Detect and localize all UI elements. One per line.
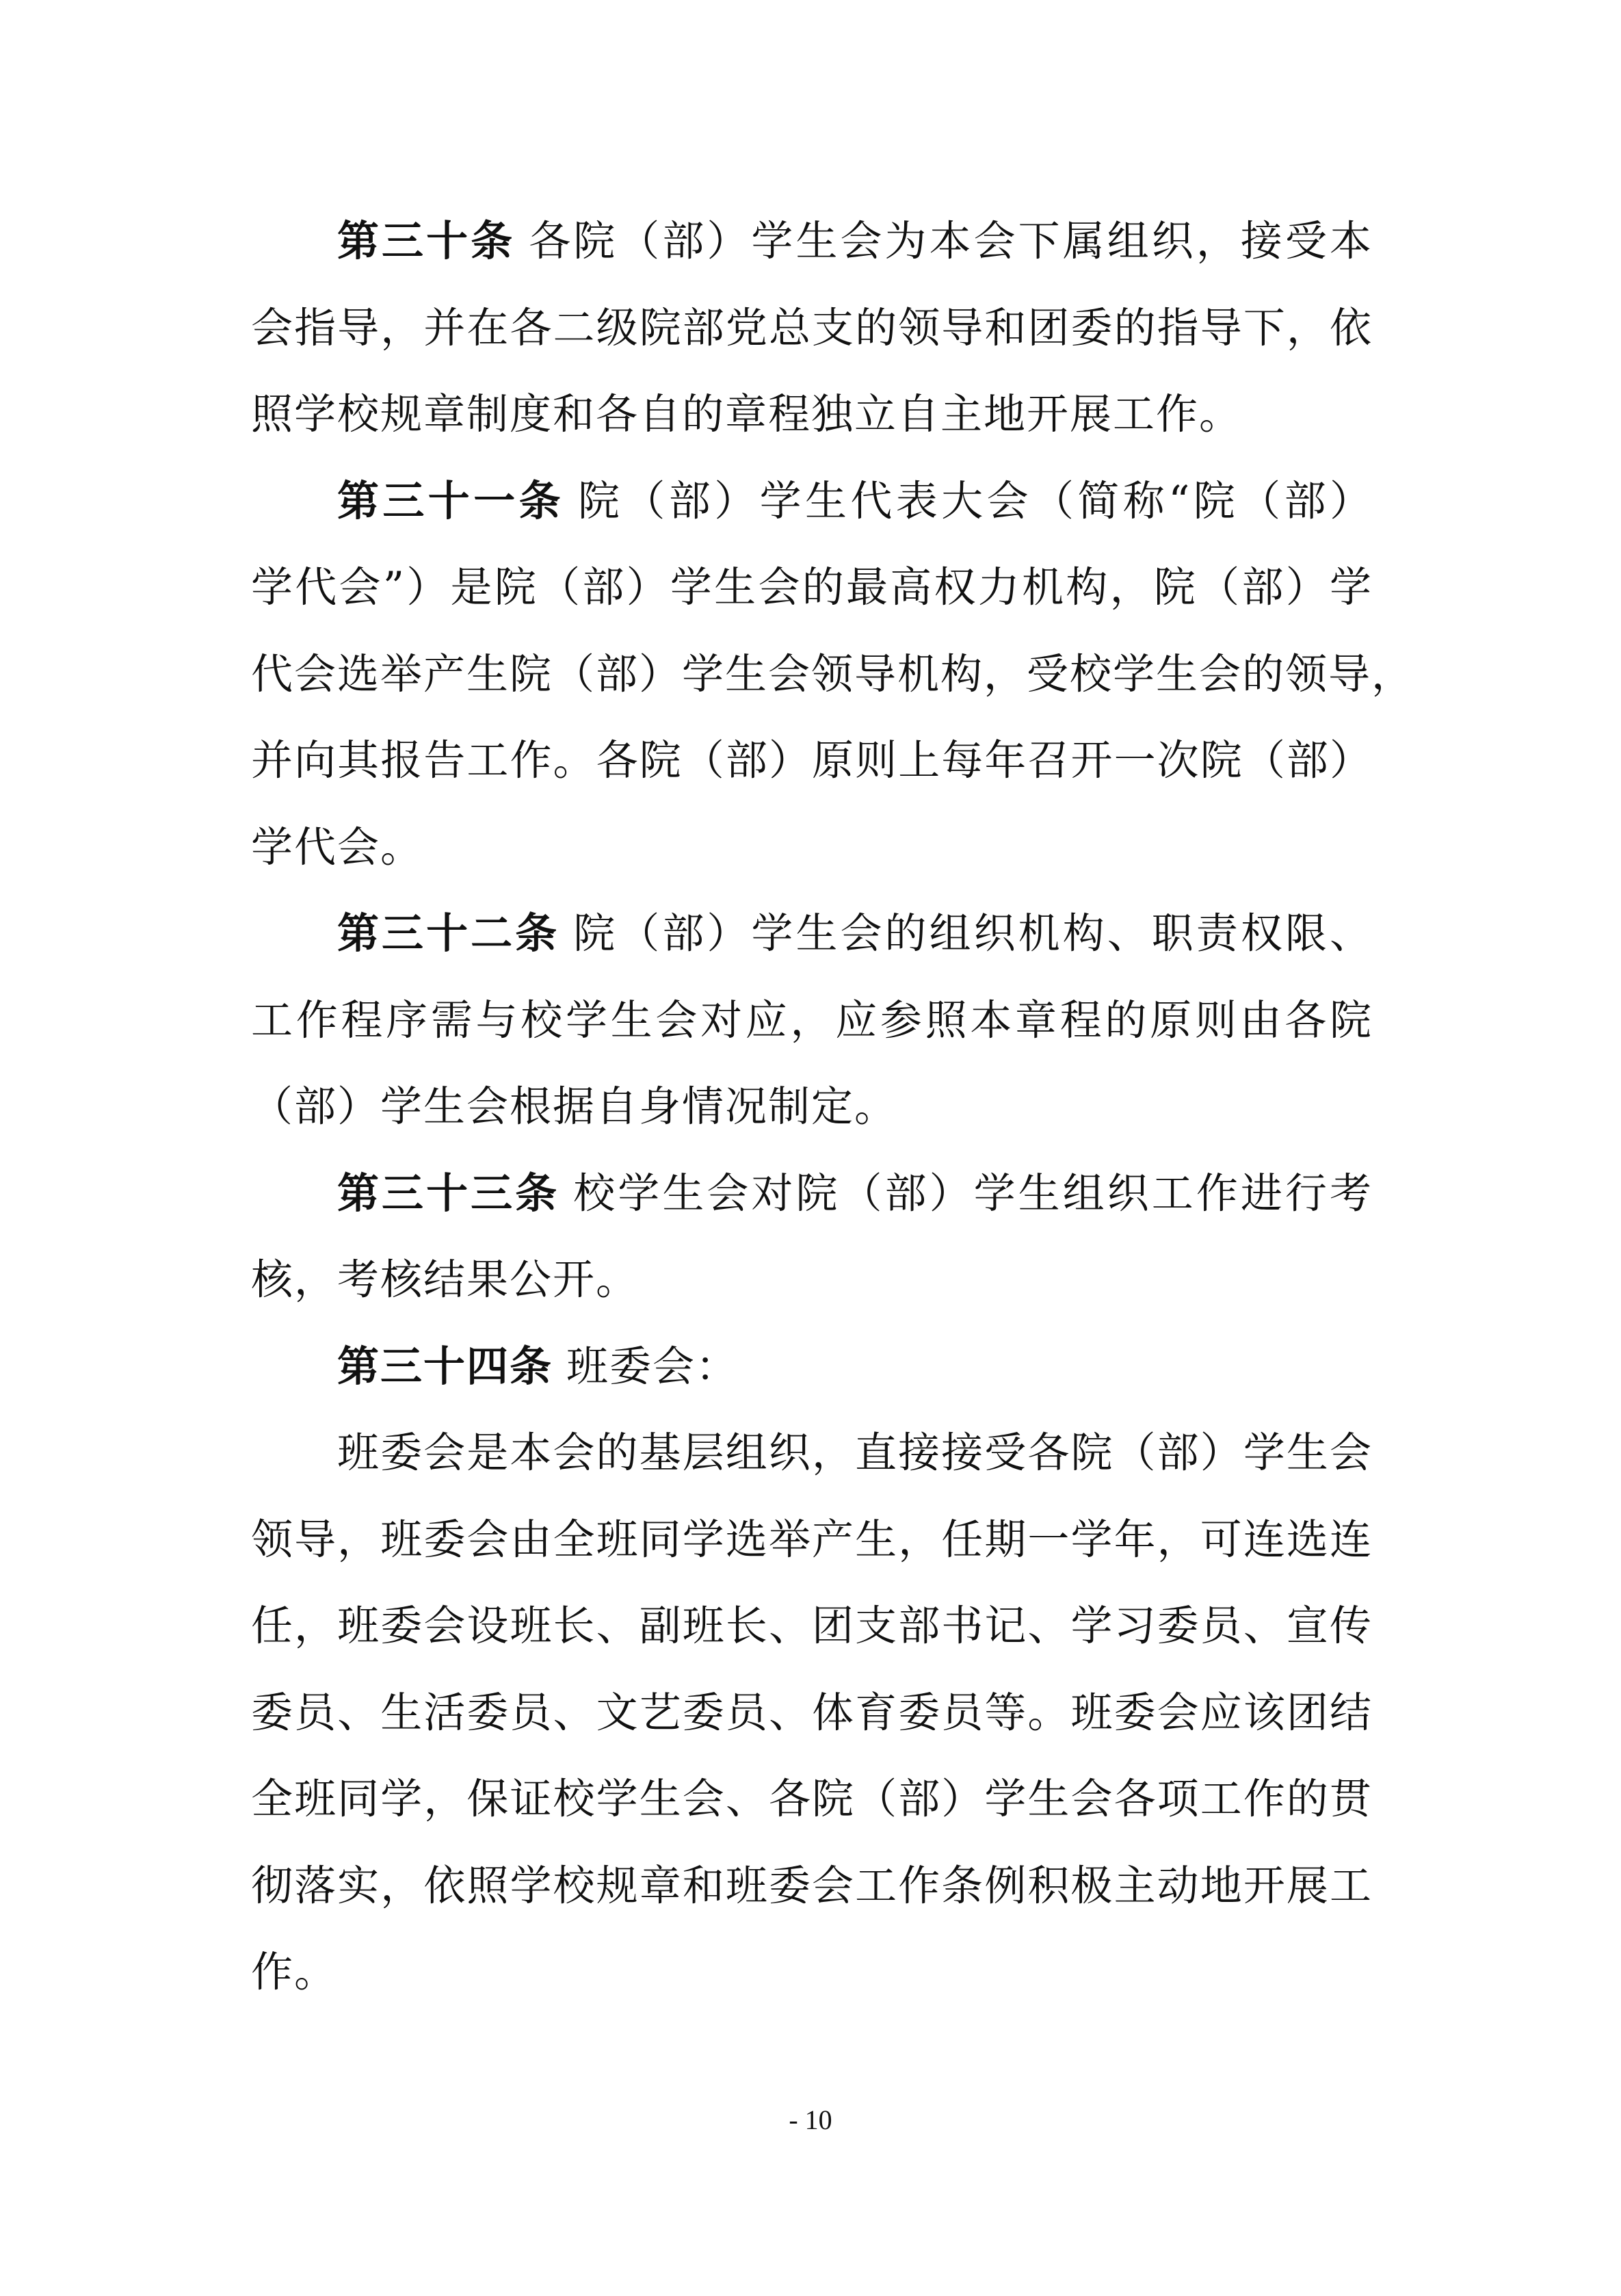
article-34-label: 第三十四条 <box>337 1342 553 1391</box>
article-31-line-1: 第三十一条院（部）学生代表大会（简称“院（部） <box>251 458 1373 545</box>
article-32-line-1: 第三十二条院（部）学生会的组织机构、职责权限、 <box>251 891 1373 978</box>
article-31-line-3: 代会选举产生院（部）学生会领导机构，受校学生会的领导， <box>251 631 1373 718</box>
article-32-label: 第三十二条 <box>337 909 559 958</box>
article-32-line-2: 工作程序需与校学生会对应，应参照本章程的原则由各院 <box>251 978 1373 1065</box>
article-33-line-2: 核，考核结果公开。 <box>251 1237 1373 1324</box>
article-32-line-3: （部）学生会根据自身情况制定。 <box>251 1064 1373 1151</box>
article-31-line-4: 并向其报告工作。各院（部）原则上每年召开一次院（部） <box>251 718 1373 805</box>
page-number: - 10 <box>0 2104 1621 2136</box>
document-body: 第三十条各院（部）学生会为本会下属组织，接受本 会指导，并在各二级院部党总支的领… <box>251 198 1373 2016</box>
article-34-line-1: 第三十四条班委会： <box>251 1324 1373 1411</box>
article-31-text: 院（部）学生代表大会（简称“院（部） <box>578 477 1373 525</box>
article-31-line-2: 学代会”）是院（部）学生会的最高权力机构，院（部）学 <box>251 545 1373 631</box>
article-30-line-2: 会指导，并在各二级院部党总支的领导和团委的指导下，依 <box>251 285 1373 372</box>
article-30-line-1: 第三十条各院（部）学生会为本会下属组织，接受本 <box>251 198 1373 285</box>
paragraph-34-line-7: 作。 <box>251 1929 1373 2016</box>
paragraph-34-line-4: 委员、生活委员、文艺委员、体育委员等。班委会应该团结 <box>251 1670 1373 1757</box>
article-30-text: 各院（部）学生会为本会下属组织，接受本 <box>529 217 1373 265</box>
article-31-line-5: 学代会。 <box>251 805 1373 891</box>
article-31-label: 第三十一条 <box>337 477 564 525</box>
article-33-text: 校学生会对院（部）学生组织工作进行考 <box>573 1169 1373 1218</box>
article-33-line-1: 第三十三条校学生会对院（部）学生组织工作进行考 <box>251 1151 1373 1238</box>
paragraph-34-line-5: 全班同学，保证校学生会、各院（部）学生会各项工作的贯 <box>251 1756 1373 1843</box>
paragraph-34-line-2: 领导，班委会由全班同学选举产生，任期一学年，可连选连 <box>251 1497 1373 1584</box>
article-30-label: 第三十条 <box>337 217 515 265</box>
paragraph-34-line-1: 班委会是本会的基层组织，直接接受各院（部）学生会 <box>251 1410 1373 1497</box>
article-32-text: 院（部）学生会的组织机构、职责权限、 <box>573 909 1373 958</box>
paragraph-34-line-3: 任，班委会设班长、副班长、团支部书记、学习委员、宣传 <box>251 1583 1373 1670</box>
article-30-line-3: 照学校规章制度和各自的章程独立自主地开展工作。 <box>251 371 1373 458</box>
article-34-text: 班委会： <box>566 1342 739 1391</box>
article-33-label: 第三十三条 <box>337 1169 559 1218</box>
paragraph-34-line-6: 彻落实，依照学校规章和班委会工作条例积极主动地开展工 <box>251 1843 1373 1930</box>
document-page: 第三十条各院（部）学生会为本会下属组织，接受本 会指导，并在各二级院部党总支的领… <box>0 0 1621 2296</box>
